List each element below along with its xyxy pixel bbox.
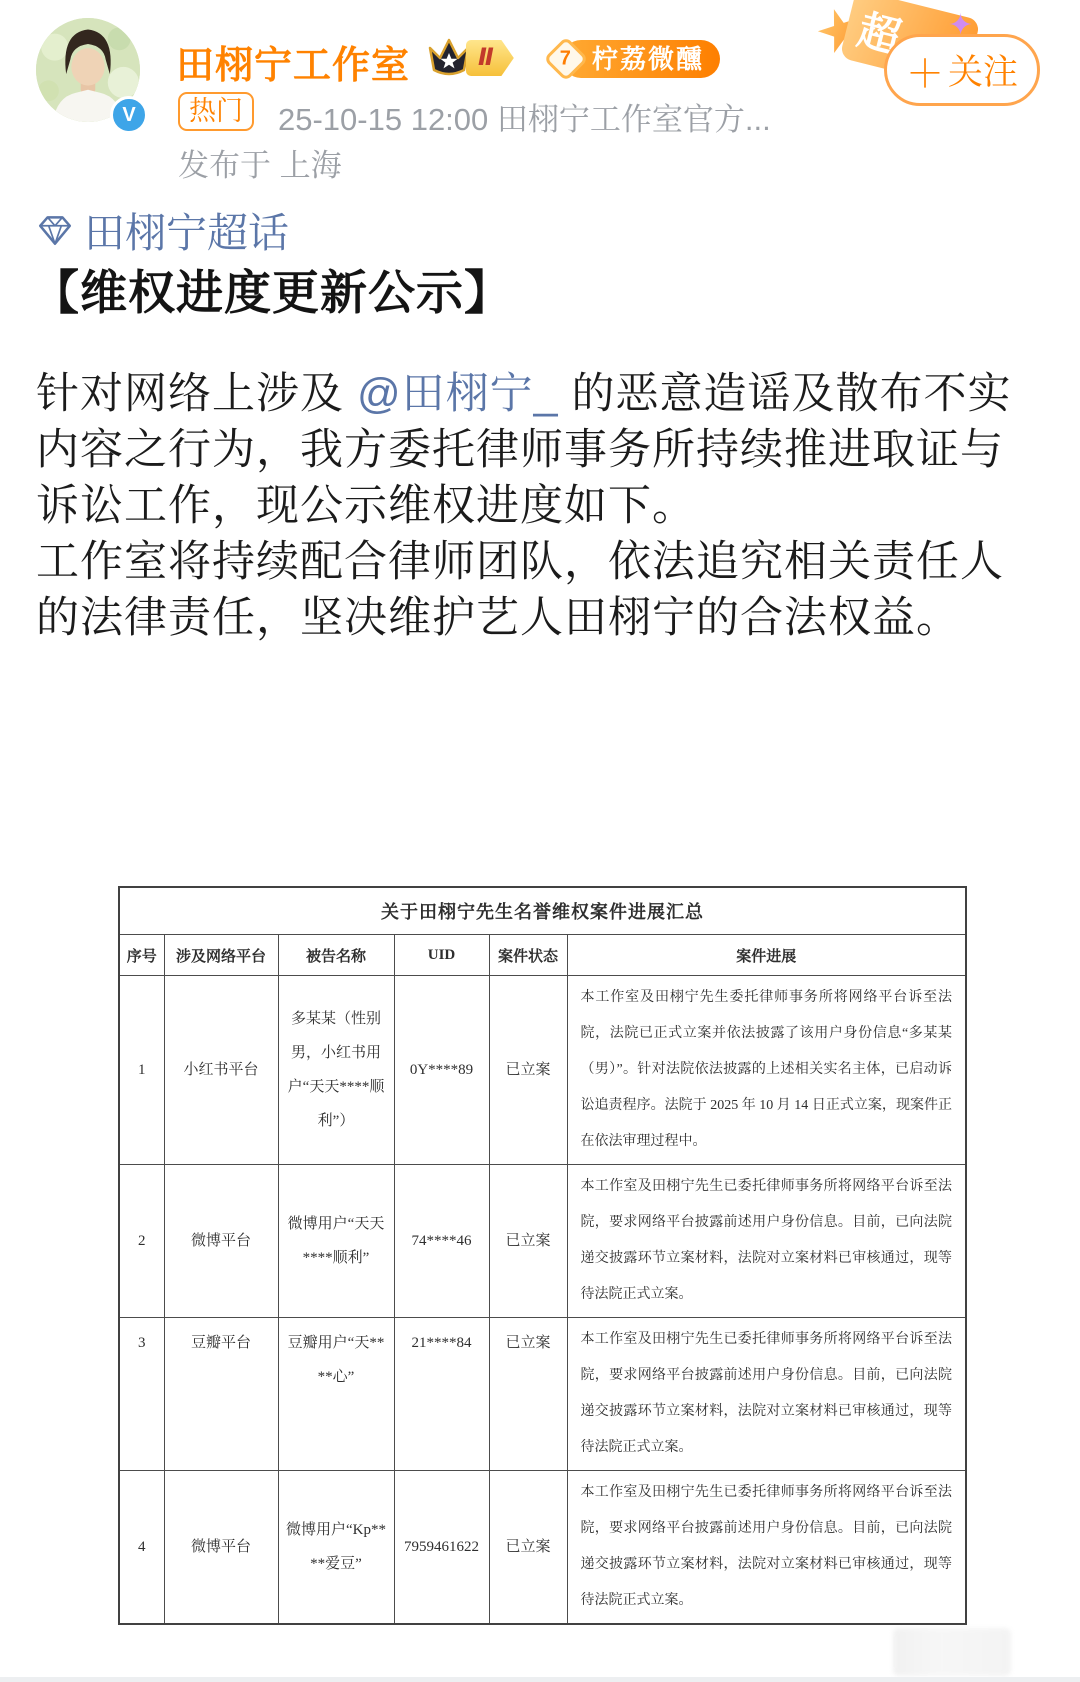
- verified-icon: V: [110, 96, 148, 134]
- vip-badge[interactable]: Ⅱ: [424, 36, 514, 80]
- table-row: 2 微博平台 微博用户“天天****顺利” 74****46 已立案 本工作室及…: [119, 1165, 966, 1318]
- table-row: 4 微博平台 微博用户“Kp****爱豆” 7959461622 已立案 本工作…: [119, 1471, 966, 1625]
- vip-level-label: Ⅱ: [466, 40, 514, 76]
- column-header: 案件状态: [489, 935, 567, 976]
- cell-uid: 21****84: [394, 1318, 489, 1471]
- supertopic-gem-icon: [36, 211, 74, 249]
- paragraph-text: 针对网络上涉及: [36, 370, 357, 418]
- cell-no: 4: [119, 1471, 164, 1625]
- table-title: 关于田栩宁先生名誉维权案件进展汇总: [119, 887, 966, 935]
- table-row: 3 豆瓣平台 豆瓣用户“天****心” 21****84 已立案 本工作室及田栩…: [119, 1318, 966, 1471]
- author-name[interactable]: 田栩宁工作室: [176, 34, 410, 89]
- case-table-image[interactable]: 关于田栩宁先生名誉维权案件进展汇总 序号 涉及网络平台 被告名称 UID 案件状…: [118, 886, 965, 1625]
- cell-uid: 74****46: [394, 1165, 489, 1318]
- follow-button-label: 关注: [948, 45, 1018, 95]
- cell-uid: 0Y****89: [394, 976, 489, 1165]
- post-paragraph: 针对网络上涉及 @田栩宁_ 的恶意造谣及散布不实内容之行为，我方委托律师事务所持…: [36, 366, 1036, 534]
- cell-progress: 本工作室及田栩宁先生已委托律师事务所将网络平台诉至法院，要求网络平台披露前述用户…: [567, 1165, 966, 1318]
- table-row: 1 小红书平台 多某某（性别男，小红书用户“天天****顺利”） 0Y****8…: [119, 976, 966, 1165]
- cell-progress: 本工作室及田栩宁先生已委托律师事务所将网络平台诉至法院，要求网络平台披露前述用户…: [567, 1471, 966, 1625]
- cell-progress: 本工作室及田栩宁先生已委托律师事务所将网络平台诉至法院，要求网络平台披露前述用户…: [567, 1318, 966, 1471]
- cell-status: 已立案: [489, 1318, 567, 1471]
- cell-status: 已立案: [489, 1471, 567, 1625]
- hot-badge: 热门: [178, 92, 254, 131]
- cell-no: 2: [119, 1165, 164, 1318]
- post-paragraph: 工作室将持续配合律师团队，依法追究相关责任人的法律责任，坚决维护艺人田栩宁的合法…: [36, 534, 1036, 646]
- cell-no: 1: [119, 976, 164, 1165]
- case-table: 关于田栩宁先生名誉维权案件进展汇总 序号 涉及网络平台 被告名称 UID 案件状…: [118, 886, 967, 1625]
- column-header: 案件进展: [567, 935, 966, 976]
- supertopic-label: 田栩宁超话: [84, 200, 289, 259]
- column-header: 序号: [119, 935, 164, 976]
- cell-uid: 7959461622: [394, 1471, 489, 1625]
- column-header: 涉及网络平台: [164, 935, 278, 976]
- follow-button[interactable]: ＋ 关注: [884, 34, 1040, 106]
- watermark: [893, 1628, 1011, 1676]
- post-location: 发布于 上海: [178, 140, 342, 185]
- cell-defendant: 微博用户“Kp****爱豆”: [278, 1471, 394, 1625]
- cell-defendant: 微博用户“天天****顺利”: [278, 1165, 394, 1318]
- cell-defendant: 多某某（性别男，小红书用户“天天****顺利”）: [278, 976, 394, 1165]
- cell-status: 已立案: [489, 1165, 567, 1318]
- column-header: UID: [394, 935, 489, 976]
- post-meta: 25-10-15 12:00 田栩宁工作室官方...: [278, 94, 771, 139]
- cell-status: 已立案: [489, 976, 567, 1165]
- cell-platform: 微博平台: [164, 1471, 278, 1625]
- post-headline: 【维权进度更新公示】: [32, 256, 512, 323]
- weibo-post-card: V 田栩宁工作室 Ⅱ 7 柠荔微醺 热门 25-10-15 12:00 田栩宁工…: [0, 0, 1080, 1682]
- column-header: 被告名称: [278, 935, 394, 976]
- cell-platform: 小红书平台: [164, 976, 278, 1165]
- card-divider: [0, 1677, 1080, 1682]
- cell-progress: 本工作室及田栩宁先生委托律师事务所将网络平台诉至法院，法院已正式立案并依法披露了…: [567, 976, 966, 1165]
- post-body: 针对网络上涉及 @田栩宁_ 的恶意造谣及散布不实内容之行为，我方委托律师事务所持…: [36, 366, 1036, 646]
- supertopic-link[interactable]: 田栩宁超话: [36, 200, 289, 259]
- fan-badge[interactable]: 7 柠荔微醺: [550, 40, 720, 78]
- cell-defendant: 豆瓣用户“天****心”: [278, 1318, 394, 1471]
- cell-no: 3: [119, 1318, 164, 1471]
- fan-level-number: 7: [560, 48, 571, 71]
- mention-link[interactable]: @田栩宁_: [357, 370, 559, 418]
- plus-icon: ＋: [906, 43, 944, 98]
- cell-platform: 微博平台: [164, 1165, 278, 1318]
- cell-platform: 豆瓣平台: [164, 1318, 278, 1471]
